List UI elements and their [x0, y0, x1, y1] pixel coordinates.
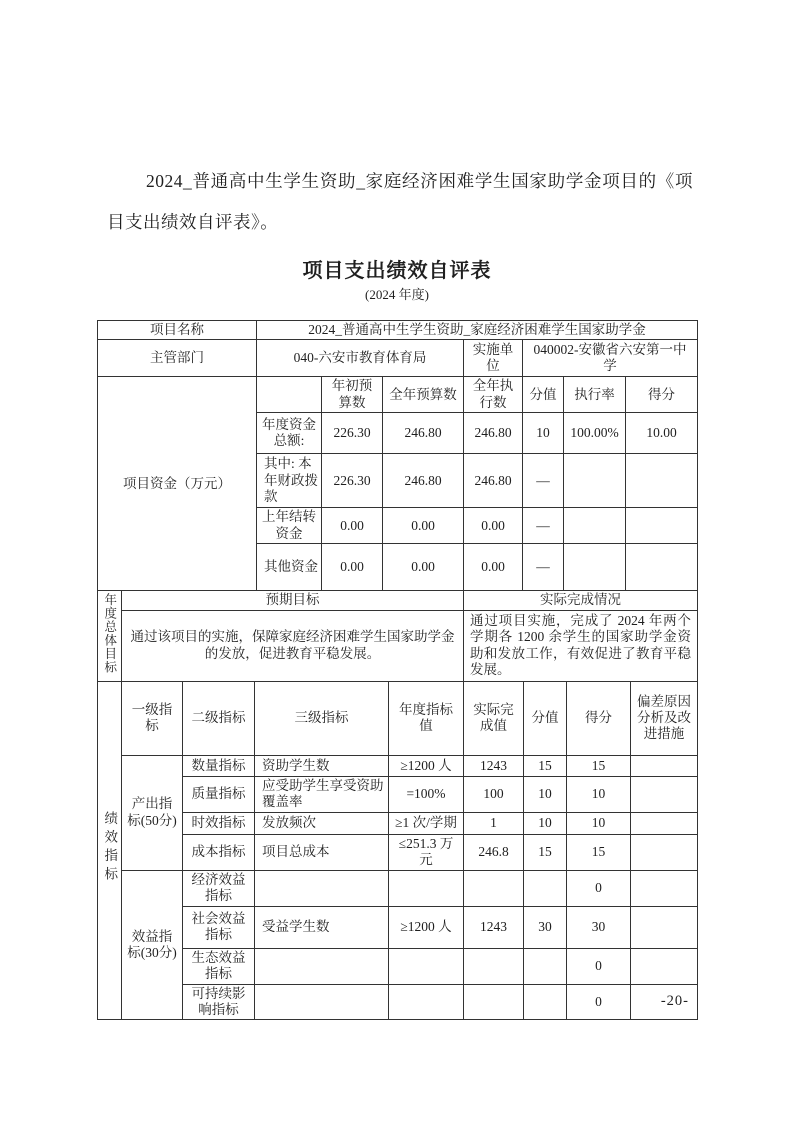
indicator-score: 0 — [567, 870, 631, 906]
indicator-score: 15 — [567, 834, 631, 870]
impl-unit-label: 实施单位 — [464, 340, 523, 377]
header-level2: 二级指标 — [183, 681, 255, 755]
indicator-level3 — [255, 870, 389, 906]
project-info-funds-table: 项目名称 2024_普通高中生学生资助_家庭经济困难学生国家助学金 主管部门 0… — [97, 320, 698, 591]
actual-completion-header: 实际完成情况 — [464, 591, 698, 610]
indicator-actual: 1243 — [464, 906, 524, 948]
indicator-score: 0 — [567, 948, 631, 984]
annual-goal-section-label-text: 年度总体目标 — [103, 593, 116, 674]
funds-header-annual: 全年预算数 — [383, 377, 464, 413]
indicator-actual — [464, 870, 524, 906]
funds-score-value: — — [523, 454, 564, 508]
intro-paragraph: 2024_普通高中生学生资助_家庭经济困难学生国家助学金项目的《项目支出绩效自评… — [107, 161, 693, 243]
header-annual-target: 年度指标值 — [389, 681, 464, 755]
header-score: 得分 — [567, 681, 631, 755]
indicator-actual: 100 — [464, 776, 524, 812]
funds-score-value: — — [523, 544, 564, 591]
funds-header-execution-rate: 执行率 — [564, 377, 626, 413]
indicator-score-value — [524, 870, 567, 906]
indicator-score-value: 10 — [524, 812, 567, 834]
header-level3: 三级指标 — [255, 681, 389, 755]
document-subtitle: (2024 年度) — [97, 284, 697, 303]
indicator-actual — [464, 948, 524, 984]
indicator-level2: 时效指标 — [183, 812, 255, 834]
indicator-target — [389, 870, 464, 906]
funds-row-label: 其他资金 — [257, 544, 322, 591]
indicator-score: 10 — [567, 812, 631, 834]
funds-score: 10.00 — [626, 413, 698, 454]
indicator-target: ≥1200 人 — [389, 906, 464, 948]
indicator-deviation — [631, 906, 698, 948]
indicator-actual: 1243 — [464, 755, 524, 776]
indicator-level2: 质量指标 — [183, 776, 255, 812]
empty-cell — [257, 377, 322, 413]
indicator-actual: 246.8 — [464, 834, 524, 870]
header-actual-value: 实际完成值 — [464, 681, 524, 755]
indicator-deviation — [631, 948, 698, 984]
impl-unit-value: 040002-安徽省六安第一中学 — [523, 340, 698, 377]
indicator-score-value: 15 — [524, 834, 567, 870]
funds-header-executed: 全年执行数 — [464, 377, 523, 413]
funds-score — [626, 508, 698, 544]
indicator-score-value — [524, 948, 567, 984]
indicator-level2: 经济效益指标 — [183, 870, 255, 906]
indicator-actual: 1 — [464, 812, 524, 834]
table-row: 项目名称 2024_普通高中生学生资助_家庭经济困难学生国家助学金 — [98, 321, 698, 340]
expected-goal-header: 预期目标 — [122, 591, 464, 610]
document-page: 2024_普通高中生学生资助_家庭经济困难学生国家助学金项目的《项目支出绩效自评… — [0, 0, 793, 1122]
indicator-target — [389, 948, 464, 984]
funds-header-row: 项目资金（万元） 年初预算数 全年预算数 全年执行数 分值 执行率 得分 — [98, 377, 698, 413]
indicator-row-ecological: 生态效益指标 0 — [98, 948, 698, 984]
funds-header-initial: 年初预算数 — [322, 377, 383, 413]
indicator-level3 — [255, 948, 389, 984]
indicator-level2: 成本指标 — [183, 834, 255, 870]
indicator-row-social: 社会效益指标 受益学生数 ≥1200 人 1243 30 30 — [98, 906, 698, 948]
indicator-deviation — [631, 812, 698, 834]
dept-value: 040-六安市教育体育局 — [257, 340, 464, 377]
dept-label: 主管部门 — [98, 340, 257, 377]
indicator-score-value: 30 — [524, 906, 567, 948]
header-score-value: 分值 — [524, 681, 567, 755]
funds-row-label: 上年结转资金 — [257, 508, 322, 544]
indicator-level2: 数量指标 — [183, 755, 255, 776]
funds-initial: 0.00 — [322, 544, 383, 591]
indicator-level2: 社会效益指标 — [183, 906, 255, 948]
funds-annual: 246.80 — [383, 454, 464, 508]
indicator-level3: 受益学生数 — [255, 906, 389, 948]
funds-row-label: 年度资金总额: — [257, 413, 322, 454]
funds-execution-rate — [564, 454, 626, 508]
funds-score-value: 10 — [523, 413, 564, 454]
funds-executed: 246.80 — [464, 413, 523, 454]
indicator-row-timeliness: 时效指标 发放频次 ≥1 次/学期 1 10 10 — [98, 812, 698, 834]
output-group-label: 产出指标(50分) — [122, 755, 183, 870]
document-title: 项目支出绩效自评表 — [97, 254, 697, 283]
funds-row-label: 其中: 本年财政拨款 — [257, 454, 322, 508]
goal-header-row: 年度总体目标 预期目标 实际完成情况 — [98, 591, 698, 610]
funds-execution-rate — [564, 508, 626, 544]
indicator-target: =100% — [389, 776, 464, 812]
funds-initial: 226.30 — [322, 454, 383, 508]
indicator-deviation — [631, 870, 698, 906]
indicator-deviation — [631, 755, 698, 776]
indicators-header-row: 绩效指标 一级指标 二级指标 三级指标 年度指标值 实际完成值 分值 得分 偏差… — [98, 681, 698, 755]
indicator-row-cost: 成本指标 项目总成本 ≤251.3 万元 246.8 15 15 — [98, 834, 698, 870]
indicator-target: ≥1200 人 — [389, 755, 464, 776]
funds-annual: 0.00 — [383, 508, 464, 544]
funds-header-score-value: 分值 — [523, 377, 564, 413]
funds-initial: 226.30 — [322, 413, 383, 454]
indicator-score: 15 — [567, 755, 631, 776]
actual-completion-text: 通过项目实施，完成了 2024 年两个学期各 1200 余学生的国家助学金资助和… — [464, 610, 698, 681]
indicator-target: ≤251.3 万元 — [389, 834, 464, 870]
indicator-score: 10 — [567, 776, 631, 812]
funds-header-score: 得分 — [626, 377, 698, 413]
performance-indicators-table: 绩效指标 一级指标 二级指标 三级指标 年度指标值 实际完成值 分值 得分 偏差… — [97, 681, 698, 1021]
funds-executed: 0.00 — [464, 544, 523, 591]
expected-goal-text: 通过该项目的实施，保障家庭经济困难学生国家助学金的发放，促进教育平稳发展。 — [122, 610, 464, 681]
funds-executed: 246.80 — [464, 454, 523, 508]
annual-goal-section-label: 年度总体目标 — [98, 591, 122, 681]
table-row: 主管部门 040-六安市教育体育局 实施单位 040002-安徽省六安第一中学 — [98, 340, 698, 377]
goal-content-row: 通过该项目的实施，保障家庭经济困难学生国家助学金的发放，促进教育平稳发展。 通过… — [98, 610, 698, 681]
annual-goal-table: 年度总体目标 预期目标 实际完成情况 通过该项目的实施，保障家庭经济困难学生国家… — [97, 590, 698, 681]
funds-execution-rate: 100.00% — [564, 413, 626, 454]
funds-section-label: 项目资金（万元） — [98, 377, 257, 591]
funds-annual: 0.00 — [383, 544, 464, 591]
self-evaluation-table: 项目名称 2024_普通高中生学生资助_家庭经济困难学生国家助学金 主管部门 0… — [97, 320, 698, 1020]
project-name-value: 2024_普通高中生学生资助_家庭经济困难学生国家助学金 — [257, 321, 698, 340]
indicator-score-value: 10 — [524, 776, 567, 812]
indicator-level3: 项目总成本 — [255, 834, 389, 870]
header-deviation: 偏差原因分析及改进措施 — [631, 681, 698, 755]
indicators-section-label-text: 绩效指标 — [103, 811, 117, 885]
indicator-deviation — [631, 776, 698, 812]
indicator-deviation — [631, 834, 698, 870]
indicator-row-economic: 效益指标(30分) 经济效益指标 0 — [98, 870, 698, 906]
project-name-label: 项目名称 — [98, 321, 257, 340]
funds-initial: 0.00 — [322, 508, 383, 544]
indicator-level2: 生态效益指标 — [183, 948, 255, 984]
funds-executed: 0.00 — [464, 508, 523, 544]
funds-annual: 246.80 — [383, 413, 464, 454]
indicator-target: ≥1 次/学期 — [389, 812, 464, 834]
indicator-level3: 应受助学生享受资助覆盖率 — [255, 776, 389, 812]
funds-score — [626, 454, 698, 508]
funds-execution-rate — [564, 544, 626, 591]
indicator-row-quality: 质量指标 应受助学生享受资助覆盖率 =100% 100 10 10 — [98, 776, 698, 812]
funds-score — [626, 544, 698, 591]
indicator-level3: 资助学生数 — [255, 755, 389, 776]
header-level1: 一级指标 — [122, 681, 183, 755]
funds-score-value: — — [523, 508, 564, 544]
indicator-score-value: 15 — [524, 755, 567, 776]
page-number: -20- — [97, 993, 689, 1010]
indicator-level3: 发放频次 — [255, 812, 389, 834]
indicators-section-label: 绩效指标 — [98, 681, 122, 1020]
indicator-score: 30 — [567, 906, 631, 948]
indicator-row-quantity: 产出指标(50分) 数量指标 资助学生数 ≥1200 人 1243 15 15 — [98, 755, 698, 776]
